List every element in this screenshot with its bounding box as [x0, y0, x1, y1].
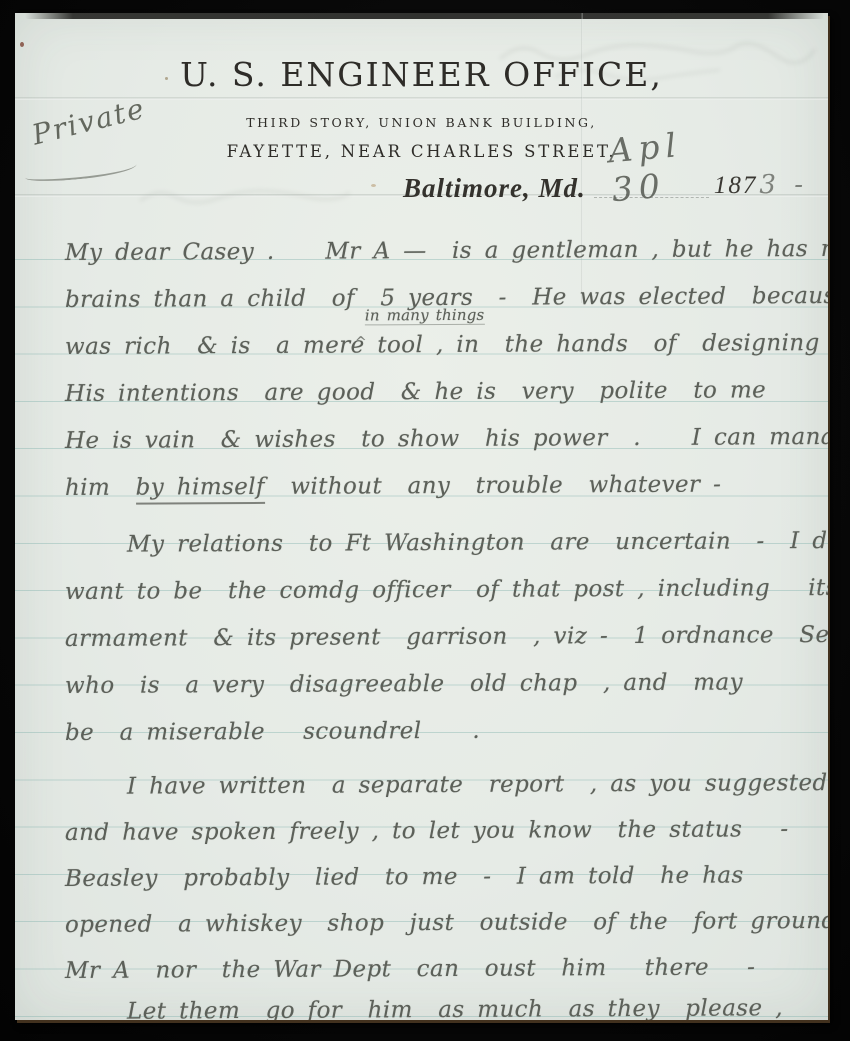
insertion-caret: ^ [355, 335, 367, 349]
handwritten-year-digit: 3 - [759, 170, 808, 200]
paragraph-4: Let them go for him as much as they plea… [65, 988, 822, 1020]
handwriting-line-12: I have written a separate report , as yo… [65, 761, 822, 811]
underlined-phrase: by himself [136, 474, 265, 505]
printed-year-prefix: 187 [714, 172, 758, 200]
line-6-post: without any trouble whatever - [265, 472, 721, 500]
handwriting-line-1: My dear Casey . Mr A — is a gentleman , … [65, 227, 822, 278]
paragraph-3: I have written a separate report , as yo… [65, 763, 822, 993]
handwriting-line-8: want to be the comdg officer of that pos… [65, 566, 822, 617]
place-label: Baltimore, Md. [403, 173, 586, 204]
letter-page: U. S. ENGINEER OFFICE, THIRD STORY, UNIO… [15, 13, 828, 1020]
inserted-note: in many things [365, 308, 485, 326]
paragraph-1: My dear Casey . Mr A — is a gentleman , … [65, 229, 822, 511]
handwriting-line-4: His intentions are good & he is very pol… [65, 368, 822, 419]
handwriting-line-5: He is vain & wishes to show his power . … [65, 415, 822, 466]
paragraph-2: My relations to Ft Washington are uncert… [65, 521, 822, 756]
handwriting-line-9: armament & its present garrison , viz - … [65, 613, 822, 664]
handwriting-line-6: him by himself without any trouble whate… [65, 462, 822, 513]
dateline: Baltimore, Md. Apl 30 187 3 - [403, 163, 814, 204]
handwriting-line-7: My relations to Ft Washington are uncert… [65, 519, 822, 570]
handwriting-line-14: Beasley probably lied to me - I am told … [65, 853, 822, 903]
ink-show-through [135, 181, 395, 215]
handwritten-date: Apl 30 [607, 123, 713, 209]
scan-background: U. S. ENGINEER OFFICE, THIRD STORY, UNIO… [0, 0, 850, 1041]
handwriting-line-3-text: was rich & is a mere tool , in the hands… [65, 330, 828, 360]
handwriting-line-13: and have spoken freely , to let you know… [65, 807, 822, 857]
date-leader-line: Apl 30 [594, 163, 709, 198]
handwriting-line-10: who is a very disagreeable old chap , an… [65, 660, 822, 711]
handwriting-line-17: Let them go for him as much as they plea… [65, 986, 822, 1020]
line-6-pre: him [65, 475, 136, 501]
handwriting-line-11: be a miserable scoundrel . [65, 707, 822, 758]
handwriting-line-3: was rich & is a mere tool , in the hands… [65, 321, 822, 372]
letterhead-title: U. S. ENGINEER OFFICE, [15, 55, 828, 94]
private-underline-flourish [25, 160, 138, 184]
handwriting-line-15: opened a whiskey shop just outside of th… [65, 899, 822, 949]
